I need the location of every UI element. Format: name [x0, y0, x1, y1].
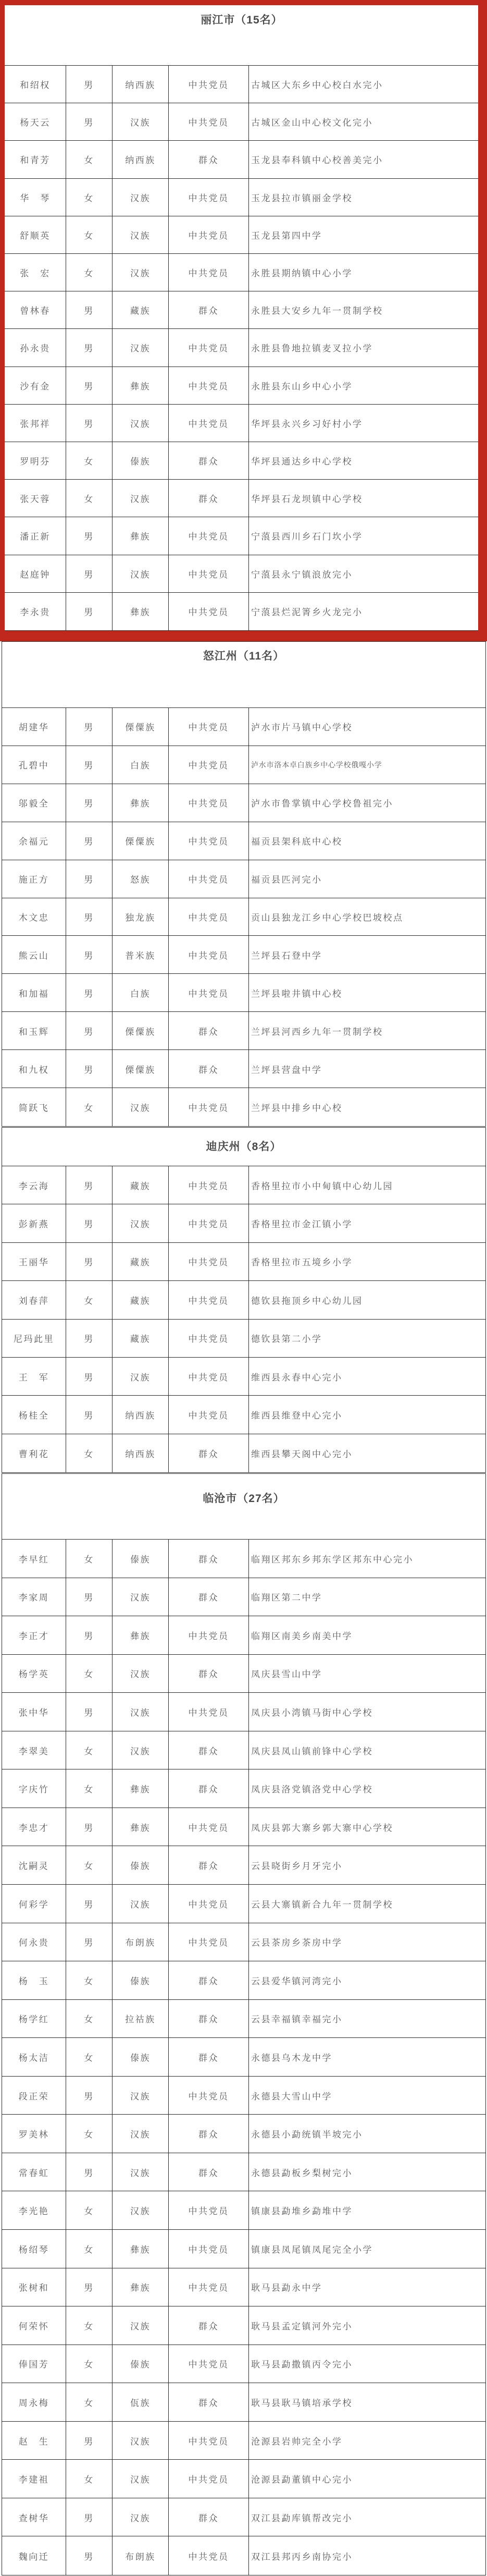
cell-political-status: 中共党员	[169, 367, 249, 404]
cell-name: 周永梅	[2, 2383, 66, 2421]
cell-gender: 男	[66, 974, 113, 1011]
table-row: 简跃飞女汉族中共党员兰坪县中排乡中心校	[2, 1088, 485, 1126]
cell-name: 李光艳	[2, 2191, 66, 2229]
table-row: 何荣怀女汉族群众耿马县孟定镇河外完小	[2, 2306, 485, 2345]
cell-political-status: 中共党员	[169, 898, 249, 936]
cell-school: 永胜县东山乡中心小学	[249, 367, 479, 404]
table-row: 俸国芳女傣族中共党员耿马县勐撒镇丙令完小	[2, 2345, 485, 2384]
cell-name: 刘春萍	[2, 1281, 66, 1318]
cell-gender: 女	[66, 2115, 113, 2153]
table-row: 彭新燕男汉族中共党员香格里拉市金江镇小学	[2, 1204, 485, 1242]
cell-ethnicity: 白族	[113, 746, 169, 784]
cell-school: 耿马县孟定镇河外完小	[249, 2306, 485, 2345]
cell-political-status: 中共党员	[169, 2268, 249, 2306]
table-row: 杨桂全男纳西族中共党员维西县维登中心完小	[2, 1396, 485, 1434]
table-row: 张 宏女汉族中共党员永胜县期纳镇中心小学	[5, 254, 479, 291]
cell-political-status: 群众	[169, 2038, 249, 2076]
cell-political-status: 中共党员	[169, 1243, 249, 1280]
cell-political-status: 中共党员	[169, 405, 249, 442]
cell-political-status: 中共党员	[169, 216, 249, 253]
cell-political-status: 中共党员	[169, 2460, 249, 2498]
cell-ethnicity: 纳西族	[113, 1434, 169, 1472]
cell-gender: 男	[66, 517, 113, 554]
cell-gender: 女	[66, 2345, 113, 2383]
cell-ethnicity: 傈僳族	[113, 708, 169, 746]
cell-name: 张天蓉	[5, 480, 66, 517]
cell-gender: 男	[66, 329, 113, 366]
cell-school: 耿马县勐永中学	[249, 2268, 485, 2306]
cell-political-status: 中共党员	[169, 2345, 249, 2383]
cell-school: 泸水市片马镇中心学校	[249, 708, 485, 746]
cell-gender: 女	[66, 1540, 113, 1578]
section-title: 临沧市（27名）	[2, 1473, 486, 1540]
cell-ethnicity: 独龙族	[113, 898, 169, 936]
cell-gender: 男	[66, 1885, 113, 1923]
section-title: 怒江州（11名）	[2, 641, 486, 708]
cell-ethnicity: 纳西族	[113, 1396, 169, 1433]
table-row: 刘春萍女藏族中共党员德钦县拖顶乡中心幼儿园	[2, 1281, 485, 1319]
cell-name: 施正方	[2, 860, 66, 898]
table-row: 杨学红女拉祜族群众云县幸福镇幸福完小	[2, 2000, 485, 2038]
cell-political-status: 中共党员	[169, 784, 249, 822]
cell-gender: 男	[66, 1204, 113, 1242]
table-row: 查树华男汉族群众双江县勐库镇帮改完小	[2, 2498, 485, 2537]
cell-political-status: 群众	[169, 1769, 249, 1808]
table-row: 罗明芬女傣族群众华坪县通达乡中心学校	[5, 442, 479, 480]
cell-political-status: 中共党员	[169, 517, 249, 554]
cell-gender: 女	[66, 2383, 113, 2421]
table-row: 杨绍琴女彝族中共党员镇康县凤尾镇凤尾完全小学	[2, 2230, 485, 2268]
table-row: 李早红女傣族群众临翔区邦东乡邦东学区邦东中心完小	[2, 1540, 485, 1578]
cell-name: 李忠才	[2, 1808, 66, 1846]
cell-gender: 男	[66, 2077, 113, 2115]
cell-gender: 女	[66, 141, 113, 178]
cell-school: 玉龙县奉科镇中心校善美完小	[249, 141, 479, 178]
cell-name: 和加福	[2, 974, 66, 1011]
table-row: 潘正新男彝族中共党员宁蒗县西川乡石门坎小学	[5, 517, 479, 555]
cell-name: 李翠美	[2, 1731, 66, 1769]
cell-political-status: 中共党员	[169, 1358, 249, 1395]
cell-ethnicity: 汉族	[113, 2460, 169, 2498]
section-2: 怒江州（11名）胡建华男傈僳族中共党员泸水市片马镇中心学校孔碧中男白族中共党员泸…	[2, 641, 486, 1127]
section-title: 迪庆州（8名）	[2, 1127, 486, 1166]
cell-gender: 男	[66, 1243, 113, 1280]
cell-school: 永胜县大安乡九年一贯制学校	[249, 291, 479, 328]
cell-ethnicity: 彝族	[113, 1808, 169, 1846]
cell-school: 兰坪县啦井镇中心校	[249, 974, 485, 1011]
cell-school: 玉龙县第四中学	[249, 216, 479, 253]
cell-ethnicity: 普米族	[113, 936, 169, 973]
cell-gender: 女	[66, 254, 113, 291]
cell-gender: 男	[66, 1012, 113, 1049]
cell-political-status: 群众	[169, 1846, 249, 1884]
cell-gender: 男	[66, 1166, 113, 1204]
cell-ethnicity: 怒族	[113, 860, 169, 898]
cell-gender: 男	[66, 2268, 113, 2306]
cell-name: 王丽华	[2, 1243, 66, 1280]
cell-gender: 男	[66, 746, 113, 784]
cell-school: 香格里拉市五境乡小学	[249, 1243, 485, 1280]
table-row: 常春虹男汉族群众永德县勐板乡梨树完小	[2, 2153, 485, 2192]
cell-gender: 女	[66, 2191, 113, 2229]
cell-name: 简跃飞	[2, 1088, 66, 1126]
cell-political-status: 中共党员	[169, 1088, 249, 1126]
cell-name: 张 宏	[5, 254, 66, 291]
cell-gender: 男	[66, 2536, 113, 2575]
cell-name: 杨学红	[2, 2000, 66, 2038]
table-row: 华 琴女汉族中共党员玉龙县拉市镇丽金学校	[5, 179, 479, 216]
cell-school: 云县幸福镇幸福完小	[249, 2000, 485, 2038]
cell-ethnicity: 汉族	[113, 480, 169, 517]
cell-political-status: 中共党员	[169, 1808, 249, 1846]
cell-name: 李家周	[2, 1578, 66, 1616]
cell-school: 华坪县永兴乡习好村小学	[249, 405, 479, 442]
cell-school: 凤庆县雪山中学	[249, 1655, 485, 1693]
cell-school: 维西县维登中心完小	[249, 1396, 485, 1433]
cell-school: 福贡县架科底中心校	[249, 822, 485, 860]
cell-school: 古城区金山中心校文化完小	[249, 103, 479, 140]
cell-ethnicity: 藏族	[113, 1166, 169, 1204]
cell-school: 德钦县第二小学	[249, 1320, 485, 1357]
table-row: 熊云山男普米族中共党员兰坪县石登中学	[2, 936, 485, 974]
cell-political-status: 中共党员	[169, 329, 249, 366]
table-row: 曹利花女纳西族群众维西县攀天阁中心完小	[2, 1434, 485, 1472]
cell-gender: 女	[66, 216, 113, 253]
roster-document-page: 丽江市（15名）和绍权男纳西族中共党员古城区大东乡中心校白水完小杨天云男汉族中共…	[0, 0, 487, 2576]
cell-political-status: 群众	[169, 2115, 249, 2153]
table-row: 李忠才男彝族中共党员凤庆县郭大寨乡郭大寨中心学校	[2, 1808, 485, 1847]
cell-gender: 男	[66, 1578, 113, 1616]
cell-school: 临翔区第二中学	[249, 1578, 485, 1616]
cell-name: 张邦祥	[5, 405, 66, 442]
cell-school: 双江县勐库镇帮改完小	[249, 2498, 485, 2536]
cell-political-status: 中共党员	[169, 2077, 249, 2115]
cell-political-status: 中共党员	[169, 2230, 249, 2268]
cell-political-status: 群众	[169, 1655, 249, 1693]
cell-school: 香格里拉市金江镇小学	[249, 1204, 485, 1242]
table-row: 周永梅女佤族群众耿马县耿马镇培承学校	[2, 2383, 485, 2422]
cell-ethnicity: 傣族	[113, 1540, 169, 1578]
table-row: 和青芳女纳西族群众玉龙县奉科镇中心校善美完小	[5, 141, 479, 178]
cell-political-status: 中共党员	[169, 1616, 249, 1654]
cell-political-status: 中共党员	[169, 66, 249, 103]
table-row: 罗美林女汉族群众永德县小勐统镇半坡完小	[2, 2115, 485, 2153]
cell-political-status: 群众	[169, 1012, 249, 1049]
table-row: 沈嗣灵女傣族群众云县晓街乡月牙完小	[2, 1846, 485, 1885]
cell-political-status: 中共党员	[169, 822, 249, 860]
cell-ethnicity: 汉族	[113, 2115, 169, 2153]
table-row: 李建祖女汉族中共党员沧源县勐董镇中心完小	[2, 2460, 485, 2498]
table-row: 李云海男藏族中共党员香格里拉市小中甸镇中心幼儿园	[2, 1166, 485, 1204]
cell-gender: 男	[66, 1050, 113, 1088]
cell-political-status: 中共党员	[169, 746, 249, 784]
section-title: 丽江市（15名）	[4, 5, 479, 65]
cell-school: 华坪县通达乡中心学校	[249, 442, 479, 479]
cell-ethnicity: 傣族	[113, 2038, 169, 2076]
cell-gender: 男	[66, 103, 113, 140]
cell-gender: 男	[66, 1616, 113, 1654]
cell-gender: 女	[66, 2000, 113, 2038]
table-row: 杨 玉女傣族群众云县爱华镇河湾完小	[2, 1961, 485, 2000]
cell-school: 维西县攀天阁中心完小	[249, 1434, 485, 1472]
table-row: 张邦祥男汉族中共党员华坪县永兴乡习好村小学	[5, 405, 479, 442]
cell-school: 凤庆县洛党镇洛党中心学校	[249, 1769, 485, 1808]
cell-gender: 女	[66, 480, 113, 517]
cell-gender: 女	[66, 1088, 113, 1126]
cell-political-status: 群众	[169, 442, 249, 479]
cell-ethnicity: 汉族	[113, 1655, 169, 1693]
cell-name: 和绍权	[5, 66, 66, 103]
cell-ethnicity: 彝族	[113, 1616, 169, 1654]
table-row: 沙有金男彝族中共党员永胜县东山乡中心小学	[5, 367, 479, 405]
table-row: 余福元男傈僳族中共党员福贡县架科底中心校	[2, 822, 485, 860]
cell-name: 李永贵	[5, 593, 66, 630]
cell-school: 沧源县岩帅完全小学	[249, 2422, 485, 2460]
roster-table: 李云海男藏族中共党员香格里拉市小中甸镇中心幼儿园彭新燕男汉族中共党员香格里拉市金…	[2, 1166, 486, 1473]
cell-political-status: 中共党员	[169, 2536, 249, 2575]
cell-ethnicity: 彝族	[113, 1769, 169, 1808]
cell-name: 沈嗣灵	[2, 1846, 66, 1884]
cell-ethnicity: 纳西族	[113, 66, 169, 103]
cell-school: 云县大寨镇新合九年一贯制学校	[249, 1885, 485, 1923]
cell-school: 宁蒗县烂泥箐乡火龙完小	[249, 593, 479, 630]
cell-ethnicity: 汉族	[113, 405, 169, 442]
cell-ethnicity: 布朗族	[113, 1923, 169, 1961]
cell-political-status: 群众	[169, 1961, 249, 1999]
section-1: 丽江市（15名）和绍权男纳西族中共党员古城区大东乡中心校白水完小杨天云男汉族中共…	[4, 5, 479, 631]
cell-political-status: 群众	[169, 1434, 249, 1472]
cell-ethnicity: 藏族	[113, 291, 169, 328]
cell-school: 泸水市洛本卓白族乡中心学校俄嘎小学	[249, 746, 485, 784]
cell-political-status: 中共党员	[169, 103, 249, 140]
table-row: 和绍权男纳西族中共党员古城区大东乡中心校白水完小	[5, 66, 479, 103]
table-row: 孙永贵男汉族中共党员永胜县鲁地拉镇麦叉拉小学	[5, 329, 479, 367]
cell-name: 曹利花	[2, 1434, 66, 1472]
cell-political-status: 中共党员	[169, 1693, 249, 1731]
cell-name: 李云海	[2, 1166, 66, 1204]
cell-school: 云县爱华镇河湾完小	[249, 1961, 485, 1999]
table-row: 曾林春男藏族群众永胜县大安乡九年一贯制学校	[5, 291, 479, 329]
cell-political-status: 群众	[169, 2000, 249, 2038]
table-row: 赵 生男汉族中共党员沧源县岩帅完全小学	[2, 2422, 485, 2460]
cell-ethnicity: 藏族	[113, 1281, 169, 1318]
cell-name: 杨桂全	[2, 1396, 66, 1433]
cell-ethnicity: 佤族	[113, 2383, 169, 2421]
cell-gender: 女	[66, 2038, 113, 2076]
table-row: 和玉辉男傈僳族群众兰坪县河西乡九年一贯制学校	[2, 1012, 485, 1050]
cell-ethnicity: 傈僳族	[113, 1012, 169, 1049]
cell-political-status: 群众	[169, 1578, 249, 1616]
section-3: 迪庆州（8名）李云海男藏族中共党员香格里拉市小中甸镇中心幼儿园彭新燕男汉族中共党…	[2, 1127, 486, 1473]
table-row: 何永贵男布朗族中共党员云县茶房乡茶房中学	[2, 1923, 485, 1962]
cell-name: 杨太洁	[2, 2038, 66, 2076]
cell-gender: 男	[66, 593, 113, 630]
cell-name: 李早红	[2, 1540, 66, 1578]
section-4: 临沧市（27名）李早红女傣族群众临翔区邦东乡邦东学区邦东中心完小李家周男汉族群众…	[2, 1473, 486, 2575]
table-row: 王丽华男藏族中共党员香格里拉市五境乡小学	[2, 1243, 485, 1281]
cell-name: 查树华	[2, 2498, 66, 2536]
cell-ethnicity: 汉族	[113, 2077, 169, 2115]
cell-ethnicity: 彝族	[113, 367, 169, 404]
cell-ethnicity: 汉族	[113, 1358, 169, 1395]
cell-political-status: 群众	[169, 291, 249, 328]
cell-gender: 男	[66, 708, 113, 746]
cell-name: 和九权	[2, 1050, 66, 1088]
cell-school: 云县晓街乡月牙完小	[249, 1846, 485, 1884]
cell-political-status: 群众	[169, 2383, 249, 2421]
cell-name: 孔碧中	[2, 746, 66, 784]
cell-gender: 女	[66, 179, 113, 216]
cell-name: 杨绍琴	[2, 2230, 66, 2268]
cell-school: 凤庆县郭大寨乡郭大寨中心学校	[249, 1808, 485, 1846]
cell-political-status: 中共党员	[169, 2422, 249, 2460]
table-row: 尼玛此里男藏族中共党员德钦县第二小学	[2, 1320, 485, 1358]
cell-name: 木文忠	[2, 898, 66, 936]
cell-ethnicity: 彝族	[113, 593, 169, 630]
cell-political-status: 群众	[169, 2153, 249, 2191]
cell-name: 杨学英	[2, 1655, 66, 1693]
cell-name: 赵 生	[2, 2422, 66, 2460]
cell-gender: 男	[66, 405, 113, 442]
cell-gender: 女	[66, 1731, 113, 1769]
cell-school: 耿马县耿马镇培承学校	[249, 2383, 485, 2421]
table-row: 赵庭钟男汉族中共党员宁蒗县永宁镇浪放完小	[5, 555, 479, 593]
cell-name: 华 琴	[5, 179, 66, 216]
cell-ethnicity: 汉族	[113, 1693, 169, 1731]
cell-gender: 男	[66, 2498, 113, 2536]
cell-political-status: 中共党员	[169, 593, 249, 630]
cell-school: 兰坪县石登中学	[249, 936, 485, 973]
table-row: 李翠美女汉族群众凤庆县凤山镇前锋中心学校	[2, 1731, 485, 1770]
cell-gender: 男	[66, 2153, 113, 2191]
cell-school: 古城区大东乡中心校白水完小	[249, 66, 479, 103]
cell-school: 凤庆县凤山镇前锋中心学校	[249, 1731, 485, 1769]
table-row: 李正才男彝族中共党员临翔区南美乡南美中学	[2, 1616, 485, 1655]
cell-name: 余福元	[2, 822, 66, 860]
cell-name: 张树和	[2, 2268, 66, 2306]
cell-political-status: 群众	[169, 1731, 249, 1769]
cell-ethnicity: 汉族	[113, 1088, 169, 1126]
cell-school: 宁蒗县永宁镇浪放完小	[249, 555, 479, 592]
cell-political-status: 中共党员	[169, 936, 249, 973]
cell-ethnicity: 傣族	[113, 1846, 169, 1884]
table-row: 王 军男汉族中共党员维西县永春中心完小	[2, 1358, 485, 1396]
cell-school: 临翔区南美乡南美中学	[249, 1616, 485, 1654]
cell-ethnicity: 汉族	[113, 2191, 169, 2229]
cell-school: 永德县大雪山中学	[249, 2077, 485, 2115]
cell-political-status: 中共党员	[169, 1204, 249, 1242]
cell-gender: 男	[66, 1693, 113, 1731]
cell-political-status: 中共党员	[169, 1923, 249, 1961]
cell-school: 维西县永春中心完小	[249, 1358, 485, 1395]
cell-name: 罗美林	[2, 2115, 66, 2153]
cell-school: 兰坪县中排乡中心校	[249, 1088, 485, 1126]
table-row: 段正荣男汉族中共党员永德县大雪山中学	[2, 2077, 485, 2115]
cell-school: 泸水市鲁掌镇中心学校鲁祖完小	[249, 784, 485, 822]
cell-ethnicity: 彝族	[113, 517, 169, 554]
table-row: 孔碧中男白族中共党员泸水市洛本卓白族乡中心学校俄嘎小学	[2, 746, 485, 784]
cell-school: 耿马县勐撒镇丙令完小	[249, 2345, 485, 2383]
cell-name: 杨天云	[5, 103, 66, 140]
cell-school: 玉龙县拉市镇丽金学校	[249, 179, 479, 216]
table-row: 张天蓉女汉族群众华坪县石龙坝镇中心学校	[5, 480, 479, 517]
table-row: 和加福男白族中共党员兰坪县啦井镇中心校	[2, 974, 485, 1012]
cell-gender: 女	[66, 2230, 113, 2268]
cell-school: 德钦县拖顶乡中心幼儿园	[249, 1281, 485, 1318]
cell-school: 云县茶房乡茶房中学	[249, 1923, 485, 1961]
cell-name: 何荣怀	[2, 2306, 66, 2345]
roster-table: 和绍权男纳西族中共党员古城区大东乡中心校白水完小杨天云男汉族中共党员古城区金山中…	[4, 65, 479, 631]
cell-school: 永德县乌木龙中学	[249, 2038, 485, 2076]
cell-ethnicity: 白族	[113, 974, 169, 1011]
cell-political-status: 中共党员	[169, 1396, 249, 1433]
cell-gender: 男	[66, 1808, 113, 1846]
cell-gender: 男	[66, 1396, 113, 1433]
cell-ethnicity: 傣族	[113, 1961, 169, 1999]
cell-political-status: 中共党员	[169, 555, 249, 592]
cell-ethnicity: 彝族	[113, 2268, 169, 2306]
cell-ethnicity: 汉族	[113, 254, 169, 291]
cell-name: 魏向迁	[2, 2536, 66, 2575]
cell-school: 永胜县期纳镇中心小学	[249, 254, 479, 291]
cell-school: 镇康县勐堆乡勐堆中学	[249, 2191, 485, 2229]
cell-school: 兰坪县河西乡九年一贯制学校	[249, 1012, 485, 1049]
cell-political-status: 群众	[169, 141, 249, 178]
cell-ethnicity: 拉祜族	[113, 2000, 169, 2038]
cell-political-status: 中共党员	[169, 254, 249, 291]
cell-ethnicity: 汉族	[113, 1885, 169, 1923]
cell-name: 邬毅全	[2, 784, 66, 822]
cell-ethnicity: 汉族	[113, 2306, 169, 2345]
cell-ethnicity: 汉族	[113, 329, 169, 366]
cell-name: 常春虹	[2, 2153, 66, 2191]
table-row: 木文忠男独龙族中共党员贡山县独龙江乡中心学校巴坡校点	[2, 898, 485, 936]
cell-ethnicity: 汉族	[113, 1578, 169, 1616]
cell-ethnicity: 汉族	[113, 1731, 169, 1769]
table-row: 李永贵男彝族中共党员宁蒗县烂泥箐乡火龙完小	[5, 593, 479, 630]
table-row: 舒顺英女汉族中共党员玉龙县第四中学	[5, 216, 479, 254]
table-row: 李光艳女汉族中共党员镇康县勐堆乡勐堆中学	[2, 2191, 485, 2230]
cell-political-status: 群众	[169, 1540, 249, 1578]
cell-gender: 男	[66, 898, 113, 936]
table-row: 和九权男傈僳族群众兰坪县营盘中学	[2, 1050, 485, 1088]
cell-gender: 女	[66, 1961, 113, 1999]
cell-ethnicity: 傈僳族	[113, 822, 169, 860]
cell-gender: 男	[66, 367, 113, 404]
cell-ethnicity: 傣族	[113, 442, 169, 479]
cell-political-status: 中共党员	[169, 1885, 249, 1923]
cell-school: 福贡县匹河完小	[249, 860, 485, 898]
cell-ethnicity: 彝族	[113, 784, 169, 822]
cell-school: 永德县勐板乡梨树完小	[249, 2153, 485, 2191]
cell-gender: 男	[66, 784, 113, 822]
roster-table: 胡建华男傈僳族中共党员泸水市片马镇中心学校孔碧中男白族中共党员泸水市洛本卓白族乡…	[2, 707, 486, 1127]
cell-political-status: 中共党员	[169, 708, 249, 746]
cell-political-status: 群众	[169, 2498, 249, 2536]
cell-political-status: 中共党员	[169, 1320, 249, 1357]
cell-name: 舒顺英	[5, 216, 66, 253]
cell-name: 熊云山	[2, 936, 66, 973]
cell-gender: 男	[66, 1923, 113, 1961]
cell-gender: 女	[66, 1281, 113, 1318]
cell-school: 贡山县独龙江乡中心学校巴坡校点	[249, 898, 485, 936]
cell-school: 永德县小勐统镇半坡完小	[249, 2115, 485, 2153]
cell-name: 俸国芳	[2, 2345, 66, 2383]
cell-gender: 女	[66, 1769, 113, 1808]
cell-gender: 男	[66, 2422, 113, 2460]
cell-name: 曾林春	[5, 291, 66, 328]
cell-gender: 男	[66, 822, 113, 860]
